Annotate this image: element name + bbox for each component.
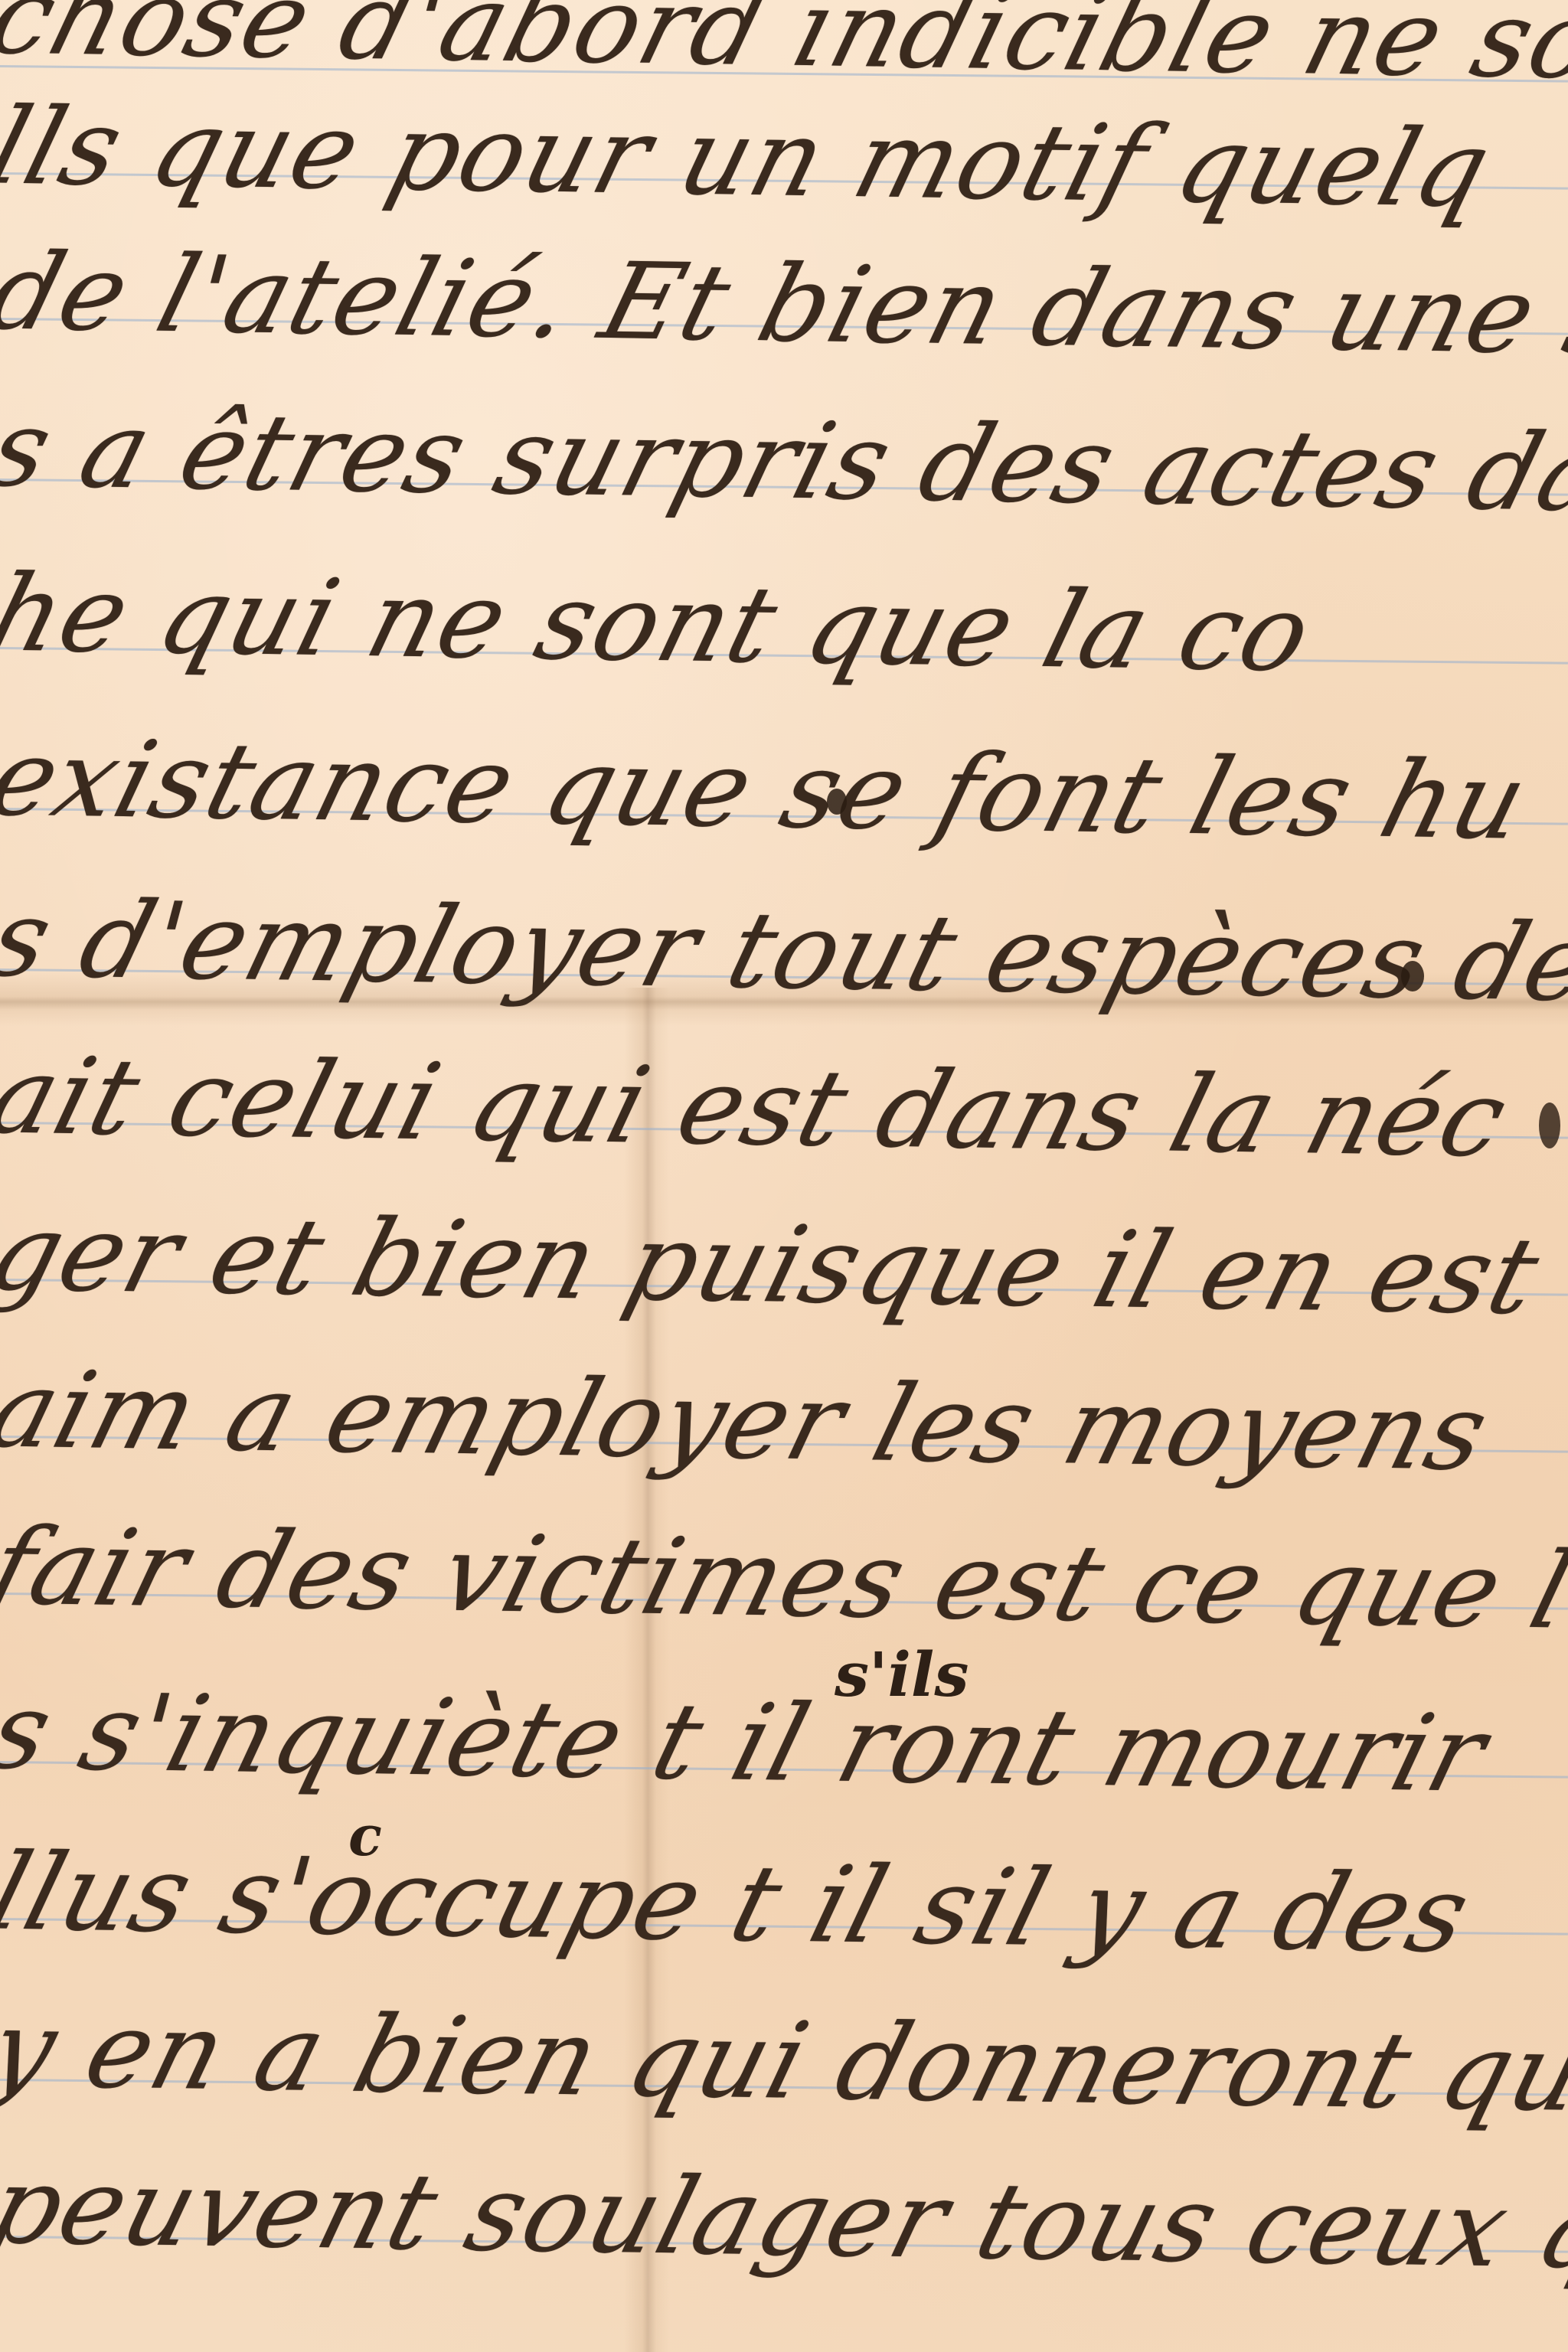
- interlinear-insertion: s'ils: [835, 1638, 969, 1710]
- handwritten-line: peuvent soulager tous ceux qui so: [0, 2145, 1568, 2297]
- interlinear-insertion: c: [348, 1803, 382, 1868]
- handwritten-line: ger et bien puisque il en est: [0, 1191, 1553, 1338]
- ink-blot: [1539, 1102, 1560, 1148]
- ink-blot: [1401, 961, 1424, 991]
- handwritten-line: ait celui qui est dans la néc: [0, 1034, 1520, 1181]
- ink-blot: [827, 789, 847, 815]
- handwritten-line: llus s'occupe t il sil y a des: [0, 1831, 1483, 1977]
- handwritten-line: s a êtres surpris des actes da: [0, 387, 1568, 535]
- handwritten-line: he qui ne sont que la co: [0, 552, 1325, 695]
- handwritten-line: aim a employer les moyens: [0, 1348, 1501, 1494]
- letter-page: chose d'abord indicible ne so lls que po…: [0, 0, 1568, 2352]
- handwritten-line: de l'atelié. Et bien dans une so: [0, 230, 1568, 380]
- vertical-fold-crease: [624, 988, 670, 2352]
- handwritten-line: chose d'abord indicible ne so: [0, 0, 1568, 103]
- handwritten-line: s s'inquiète t il ront mourir: [0, 1670, 1500, 1816]
- handwritten-line: lls que pour un motif quelq: [0, 85, 1504, 231]
- handwritten-line: existance que se font les hu: [0, 717, 1540, 864]
- handwritten-line: fair des victimes est ce que le: [0, 1505, 1568, 1654]
- handwritten-line: y en a bien qui donneront quelq: [0, 1988, 1568, 2138]
- handwritten-line: s d'employer tout espèces de: [0, 877, 1568, 1025]
